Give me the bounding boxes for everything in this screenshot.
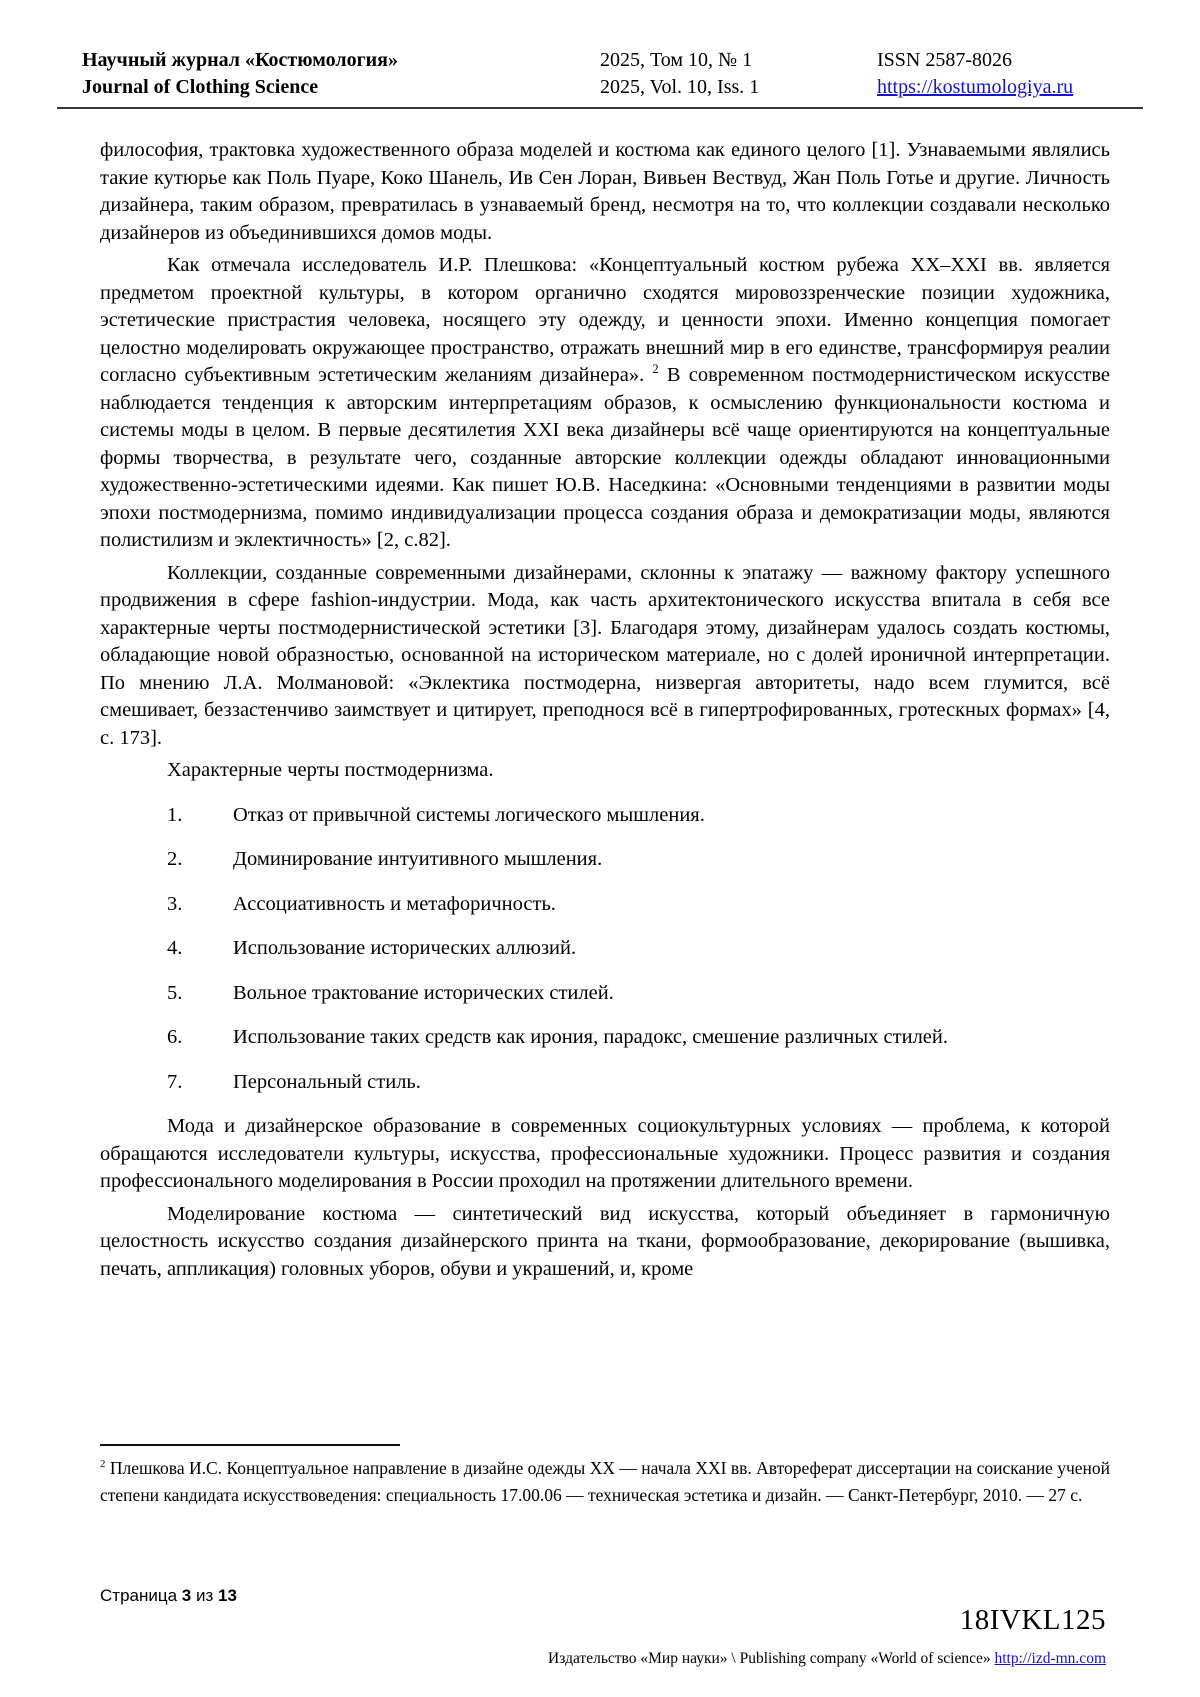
- publisher-text: Издательство «Мир науки» \ Publishing co…: [548, 1650, 991, 1667]
- list-item-text: Использование таких средств как ирония, …: [233, 1024, 1110, 1052]
- paper-id: 18IVKL125: [960, 1604, 1106, 1637]
- header-journal-names: Научный журнал «Костюмология» Journal of…: [82, 47, 600, 101]
- paragraph-6: Моделирование костюма — синтетический ви…: [100, 1201, 1110, 1284]
- paragraph-5: Мода и дизайнерское образование в соврем…: [100, 1113, 1110, 1196]
- page-current: 3: [182, 1586, 191, 1605]
- list-item: 2. Доминирование интуитивного мышления.: [100, 846, 1110, 874]
- list-item-text: Доминирование интуитивного мышления.: [233, 846, 1110, 874]
- publisher-link[interactable]: http://izd-mn.com: [995, 1650, 1107, 1667]
- list-item-text: Вольное трактование исторических стилей.: [233, 980, 1110, 1008]
- paragraph-2-text-after: В современном постмодернистическом искус…: [100, 364, 1110, 551]
- list-item-number: 2.: [167, 846, 233, 874]
- list-item-number: 7.: [167, 1069, 233, 1097]
- article-body: философия, трактовка художественного обр…: [100, 137, 1110, 1283]
- header-issue-info: 2025, Том 10, № 1 2025, Vol. 10, Iss. 1: [600, 47, 877, 101]
- page-number: Страница 3 из 13: [100, 1586, 237, 1606]
- document-page: Научный журнал «Костюмология» Journal of…: [0, 0, 1200, 1697]
- list-item-text: Использование исторических аллюзий.: [233, 935, 1110, 963]
- journal-site-link[interactable]: https://kostumologiya.ru: [877, 76, 1073, 98]
- list-item-number: 5.: [167, 980, 233, 1008]
- footnote-block: 2 Плешкова И.С. Концептуальное направлен…: [100, 1444, 1110, 1509]
- paragraph-2: Как отмечала исследователь И.Р. Плешкова…: [100, 252, 1110, 555]
- paragraph-4-list-intro: Характерные черты постмодернизма.: [100, 757, 1110, 785]
- journal-name-ru: Научный журнал «Костюмология»: [82, 47, 600, 74]
- list-item: 3. Ассоциативность и метафоричность.: [100, 891, 1110, 919]
- issue-ru: 2025, Том 10, № 1: [600, 47, 877, 74]
- journal-name-en: Journal of Clothing Science: [82, 74, 600, 101]
- list-item-number: 1.: [167, 802, 233, 830]
- header-issn-block: ISSN 2587-8026 https://kostumologiya.ru: [877, 47, 1140, 101]
- footnote-body: Плешкова И.С. Концептуальное направление…: [100, 1458, 1110, 1505]
- page-total: 13: [218, 1586, 237, 1605]
- header-columns: Научный журнал «Костюмология» Journal of…: [82, 47, 1140, 101]
- list-item-number: 4.: [167, 935, 233, 963]
- page-header: Научный журнал «Костюмология» Journal of…: [0, 0, 1200, 109]
- list-item: 5. Вольное трактование исторических стил…: [100, 980, 1110, 1008]
- paragraph-1: философия, трактовка художественного обр…: [100, 137, 1110, 247]
- list-item: 1. Отказ от привычной системы логическог…: [100, 802, 1110, 830]
- issn-label: ISSN 2587-8026: [877, 47, 1140, 74]
- list-item-text: Ассоциативность и метафоричность.: [233, 891, 1110, 919]
- footnote-separator: [100, 1444, 400, 1446]
- list-item-number: 3.: [167, 891, 233, 919]
- page-word: Страница: [100, 1586, 177, 1605]
- publisher-line: Издательство «Мир науки» \ Publishing co…: [548, 1650, 1106, 1668]
- page-of-word: из: [196, 1586, 213, 1605]
- list-item: 4. Использование исторических аллюзий.: [100, 935, 1110, 963]
- header-divider: [57, 107, 1143, 109]
- footnote-text: 2 Плешкова И.С. Концептуальное направлен…: [100, 1455, 1110, 1509]
- paragraph-3: Коллекции, созданные современными дизайн…: [100, 560, 1110, 753]
- list-item: 6. Использование таких средств как ирони…: [100, 1024, 1110, 1052]
- list-item-number: 6.: [167, 1024, 233, 1052]
- list-item-text: Отказ от привычной системы логического м…: [233, 802, 1110, 830]
- issue-en: 2025, Vol. 10, Iss. 1: [600, 74, 877, 101]
- list-item: 7. Персональный стиль.: [100, 1069, 1110, 1097]
- list-item-text: Персональный стиль.: [233, 1069, 1110, 1097]
